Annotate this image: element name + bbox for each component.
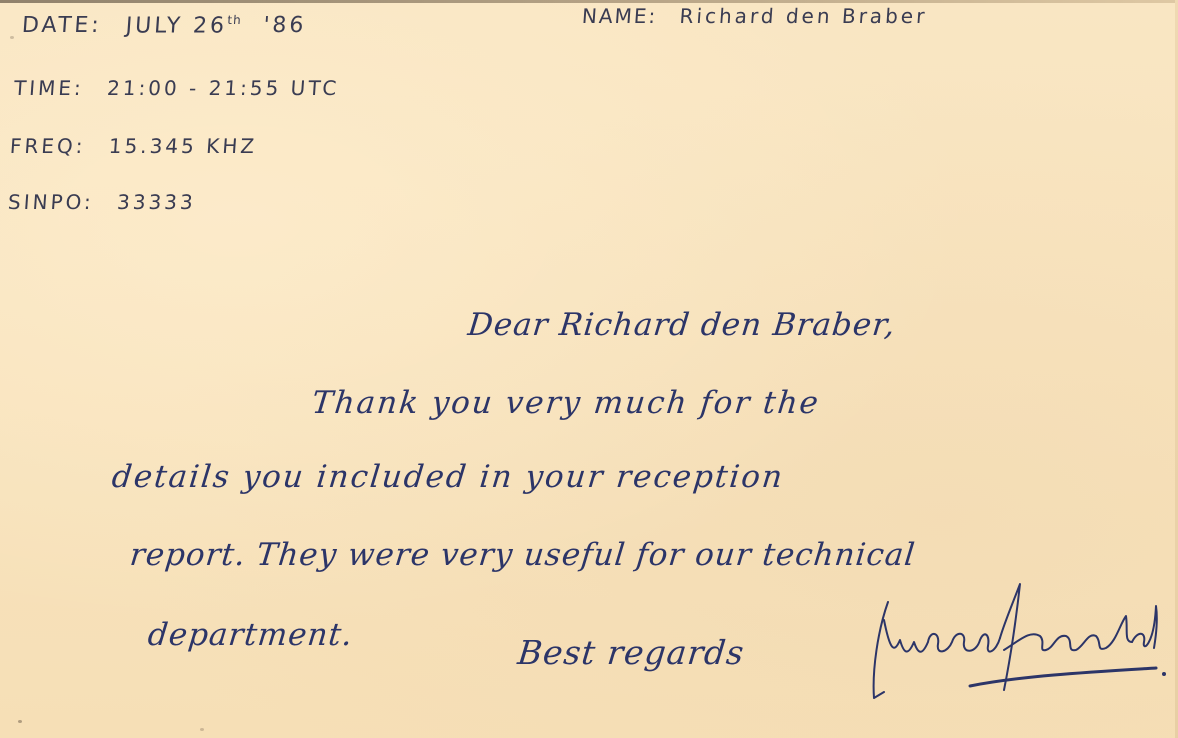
date-value: JULY 26 (125, 13, 228, 38)
paper-smudge (200, 728, 204, 731)
time-value: 21:00 - 21:55 UTC (106, 76, 340, 100)
date-label: DATE: (21, 13, 102, 38)
name-label: NAME: (581, 4, 658, 28)
reception-report-card: DATE: JULY 26th '86 TIME: 21:00 - 21:55 … (0, 0, 1178, 738)
name-field: NAME: Richard den Braber (581, 6, 928, 26)
sinpo-value: 33333 (116, 190, 196, 214)
date-field: DATE: JULY 26th '86 (21, 14, 307, 37)
closing: Best regards (516, 636, 746, 669)
signature-icon (870, 580, 1170, 705)
sinpo-field: SINPO: 33333 (7, 192, 196, 212)
date-year: '86 (262, 13, 307, 38)
letter-line-3: report. They were very useful for our te… (128, 540, 917, 571)
salutation: Dear Richard den Braber, (466, 310, 897, 341)
letter-line-4: department. (146, 620, 354, 651)
name-value: Richard den Braber (679, 4, 928, 28)
sinpo-label: SINPO: (7, 190, 94, 214)
letter-line-2: details you included in your reception (110, 462, 785, 493)
date-suffix: th (227, 13, 242, 27)
freq-field: FREQ: 15.345 KHZ (9, 136, 257, 156)
letter-line-1: Thank you very much for the (310, 388, 821, 419)
paper-smudge (18, 720, 22, 723)
paper-smudge (10, 36, 14, 39)
time-label: TIME: (13, 76, 84, 100)
time-field: TIME: 21:00 - 21:55 UTC (13, 78, 340, 98)
freq-value: 15.345 KHZ (108, 134, 258, 158)
signature (870, 580, 1170, 705)
freq-label: FREQ: (9, 134, 86, 158)
card-top-edge (0, 0, 1178, 3)
